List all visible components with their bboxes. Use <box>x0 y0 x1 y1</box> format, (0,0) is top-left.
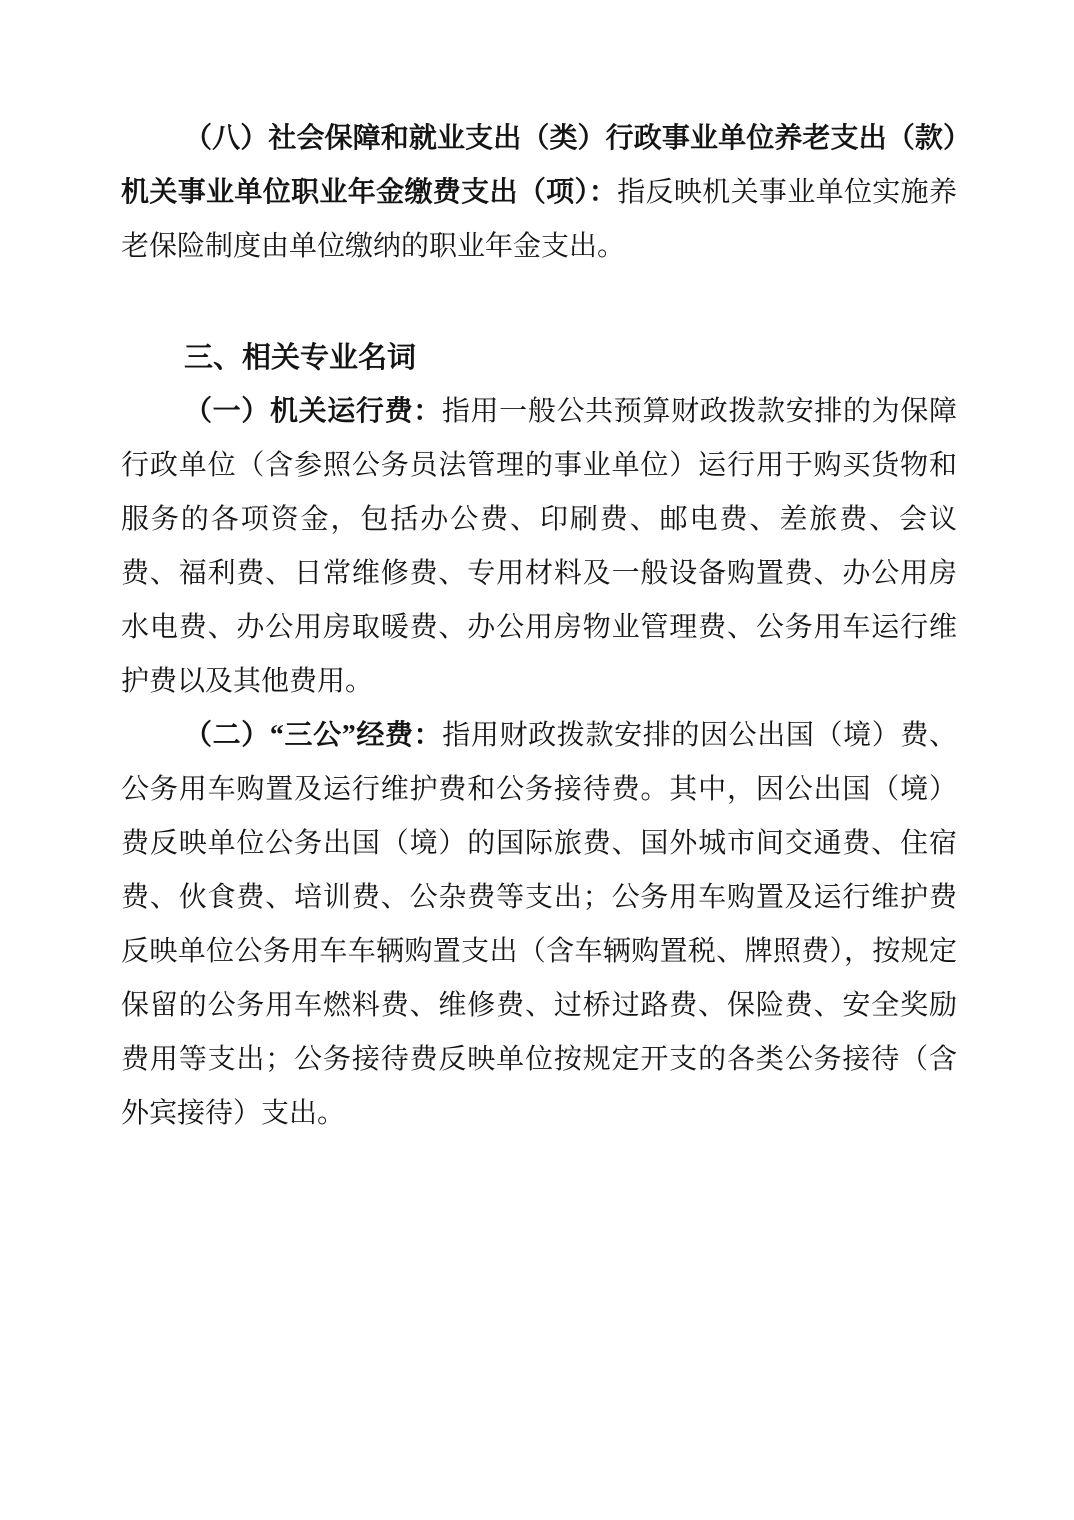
document-page: （八）社会保障和就业支出（类）行政事业单位养老支出（款）机关事业单位职业年金缴费… <box>0 0 1074 1520</box>
document-content: （八）社会保障和就业支出（类）行政事业单位养老支出（款）机关事业单位职业年金缴费… <box>121 112 957 1141</box>
term-three-public-expenses-lead: （二）“三公”经费： <box>184 720 442 751</box>
term-agency-operating-cost-lead: （一）机关运行费： <box>184 396 442 427</box>
section-heading-related-terms: 三、相关专业名词 <box>121 331 957 385</box>
term-three-public-expenses-body: 指用财政拨款安排的因公出国（境）费、公务用车购置及运行维护费和公务接待费。其中，… <box>121 720 957 1129</box>
term-agency-operating-cost-body: 指用一般公共预算财政拨款安排的为保障行政单位（含参照公务员法管理的事业单位）运行… <box>121 396 957 697</box>
paragraph-term-three-public-expenses: （二）“三公”经费：指用财政拨款安排的因公出国（境）费、公务用车购置及运行维护费… <box>121 709 957 1141</box>
paragraph-pension-expenditure: （八）社会保障和就业支出（类）行政事业单位养老支出（款）机关事业单位职业年金缴费… <box>121 112 957 274</box>
paragraph-term-agency-operating-cost: （一）机关运行费：指用一般公共预算财政拨款安排的为保障行政单位（含参照公务员法管… <box>121 385 957 709</box>
